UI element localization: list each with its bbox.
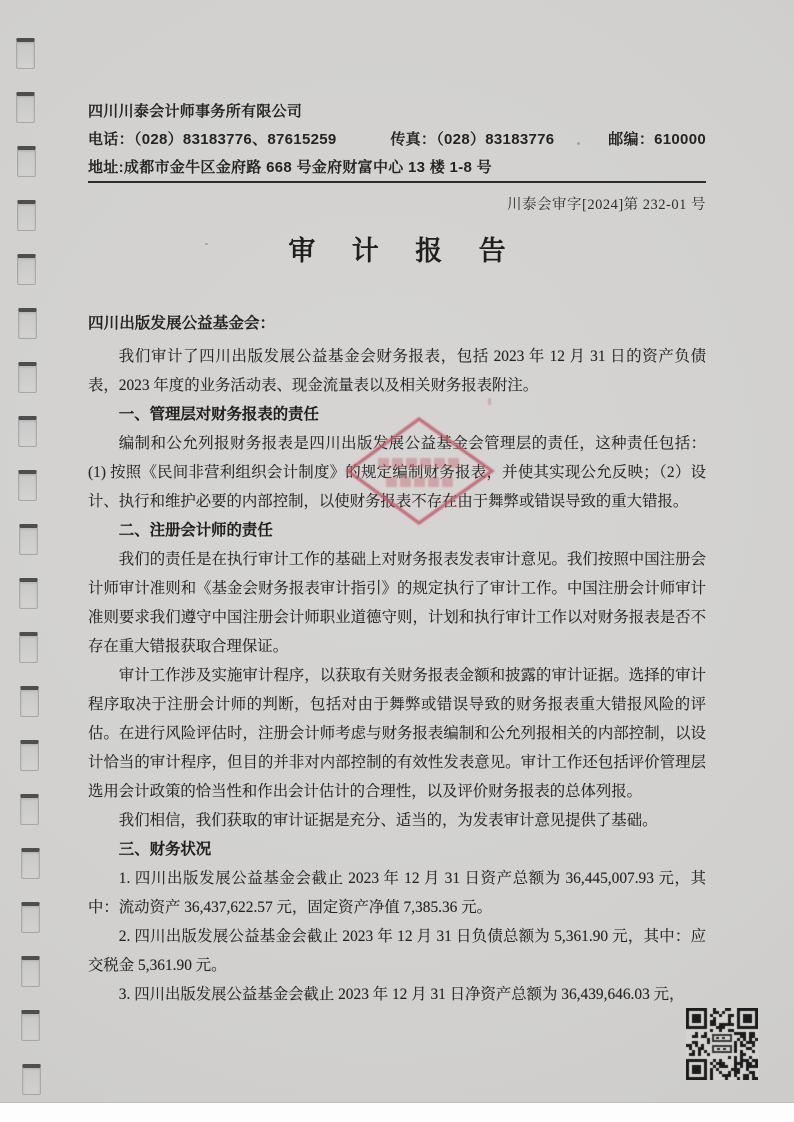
binding-hole xyxy=(22,1064,41,1095)
heading-financial-status: 三、财务状况 xyxy=(88,835,706,864)
address-row: 地址:成都市金牛区金府路 668 号金府财富中心 13 楼 1-8 号 xyxy=(88,156,706,183)
binding-hole xyxy=(17,254,36,285)
phone-numbers: （028）83183776、87615259 xyxy=(134,131,337,148)
paragraph-total-liabilities: 2. 四川出版发展公益基金会截止 2023 年 12 月 31 日负债总额为 5… xyxy=(88,922,706,980)
document-content: 四川川泰会计师事务所有限公司 电话：（028）83183776、87615259… xyxy=(88,100,706,1009)
letterhead: 四川川泰会计师事务所有限公司 电话：（028）83183776、87615259… xyxy=(88,100,706,183)
page-title: 审 计 报 告 xyxy=(88,229,706,268)
phone-group: 电话：（028）83183776、87615259 xyxy=(88,128,337,149)
body-text: 我们审计了四川出版发展公益基金会财务报表，包括 2023 年 12 月 31 日… xyxy=(88,342,706,1009)
fax-group: 传真：（028）83183776 xyxy=(390,128,554,149)
heading-management-duty: 一、管理层对财务报表的责任 xyxy=(88,400,706,429)
paragraph-scope: 我们审计了四川出版发展公益基金会财务报表，包括 2023 年 12 月 31 日… xyxy=(88,342,706,400)
binding-hole xyxy=(19,632,38,663)
scanned-audit-report-page: 四川川泰会计师事务所有限公司 电话：（028）83183776、87615259… xyxy=(0,0,794,1122)
scan-speckle xyxy=(577,142,580,145)
postal-group: 邮编：610000 xyxy=(608,128,706,149)
binding-hole xyxy=(20,686,39,717)
phone-label: 电话： xyxy=(88,131,134,148)
paragraph-total-assets: 1. 四川出版发展公益基金会截止 2023 年 12 月 31 日资产总额为 3… xyxy=(88,864,706,922)
fax-label: 传真： xyxy=(390,131,436,148)
address-label: 地址: xyxy=(88,159,124,176)
paragraph-audit-evidence: 我们相信，我们获取的审计证据是充分、适当的，为发表审计意见提供了基础。 xyxy=(88,806,706,835)
paragraph-audit-procedures: 审计工作涉及实施审计程序，以获取有关财务报表金额和披露的审计证据。选择的审计程序… xyxy=(88,661,706,806)
binding-hole xyxy=(18,416,37,447)
binding-hole xyxy=(19,524,38,555)
binding-hole xyxy=(17,200,36,231)
binding-hole xyxy=(21,902,40,933)
paragraph-management-duty: 编制和公允列报财务报表是四川出版发展公益基金会管理层的责任，这种责任包括：(1)… xyxy=(88,429,706,516)
binding-hole xyxy=(19,578,38,609)
fax-number: （028）83183776 xyxy=(436,131,554,148)
scan-speckle xyxy=(205,243,208,245)
binding-hole xyxy=(20,740,39,771)
postal-label: 邮编： xyxy=(608,131,654,148)
binding-hole xyxy=(18,362,37,393)
binding-hole xyxy=(17,146,36,177)
binding-holes-column xyxy=(0,0,60,1122)
qr-code xyxy=(686,1008,758,1080)
binding-hole xyxy=(16,92,35,123)
address-text: 成都市金牛区金府路 668 号金府财富中心 13 楼 1-8 号 xyxy=(124,159,492,176)
binding-hole xyxy=(18,308,37,339)
heading-cpa-duty: 二、注册会计师的责任 xyxy=(88,516,706,545)
binding-hole xyxy=(16,38,35,69)
binding-hole xyxy=(20,794,39,825)
company-name: 四川川泰会计师事务所有限公司 xyxy=(88,100,706,121)
contact-row: 电话：（028）83183776、87615259 传真：（028）831837… xyxy=(88,128,706,149)
scan-speckle xyxy=(228,145,230,147)
postal-code: 610000 xyxy=(654,131,706,148)
binding-hole xyxy=(21,848,40,879)
paragraph-net-assets: 3. 四川出版发展公益基金会截止 2023 年 12 月 31 日净资产总额为 … xyxy=(88,980,706,1009)
reference-number: 川泰会审字[2024]第 232-01 号 xyxy=(88,193,706,214)
binding-hole xyxy=(21,956,40,987)
scanner-edge-strip xyxy=(0,1102,794,1122)
binding-hole xyxy=(18,470,37,501)
paragraph-cpa-duty: 我们的责任是在执行审计工作的基础上对财务报表发表审计意见。我们按照中国注册会计师… xyxy=(88,545,706,661)
binding-hole xyxy=(21,1010,40,1041)
salutation: 四川出版发展公益基金会： xyxy=(88,311,706,333)
